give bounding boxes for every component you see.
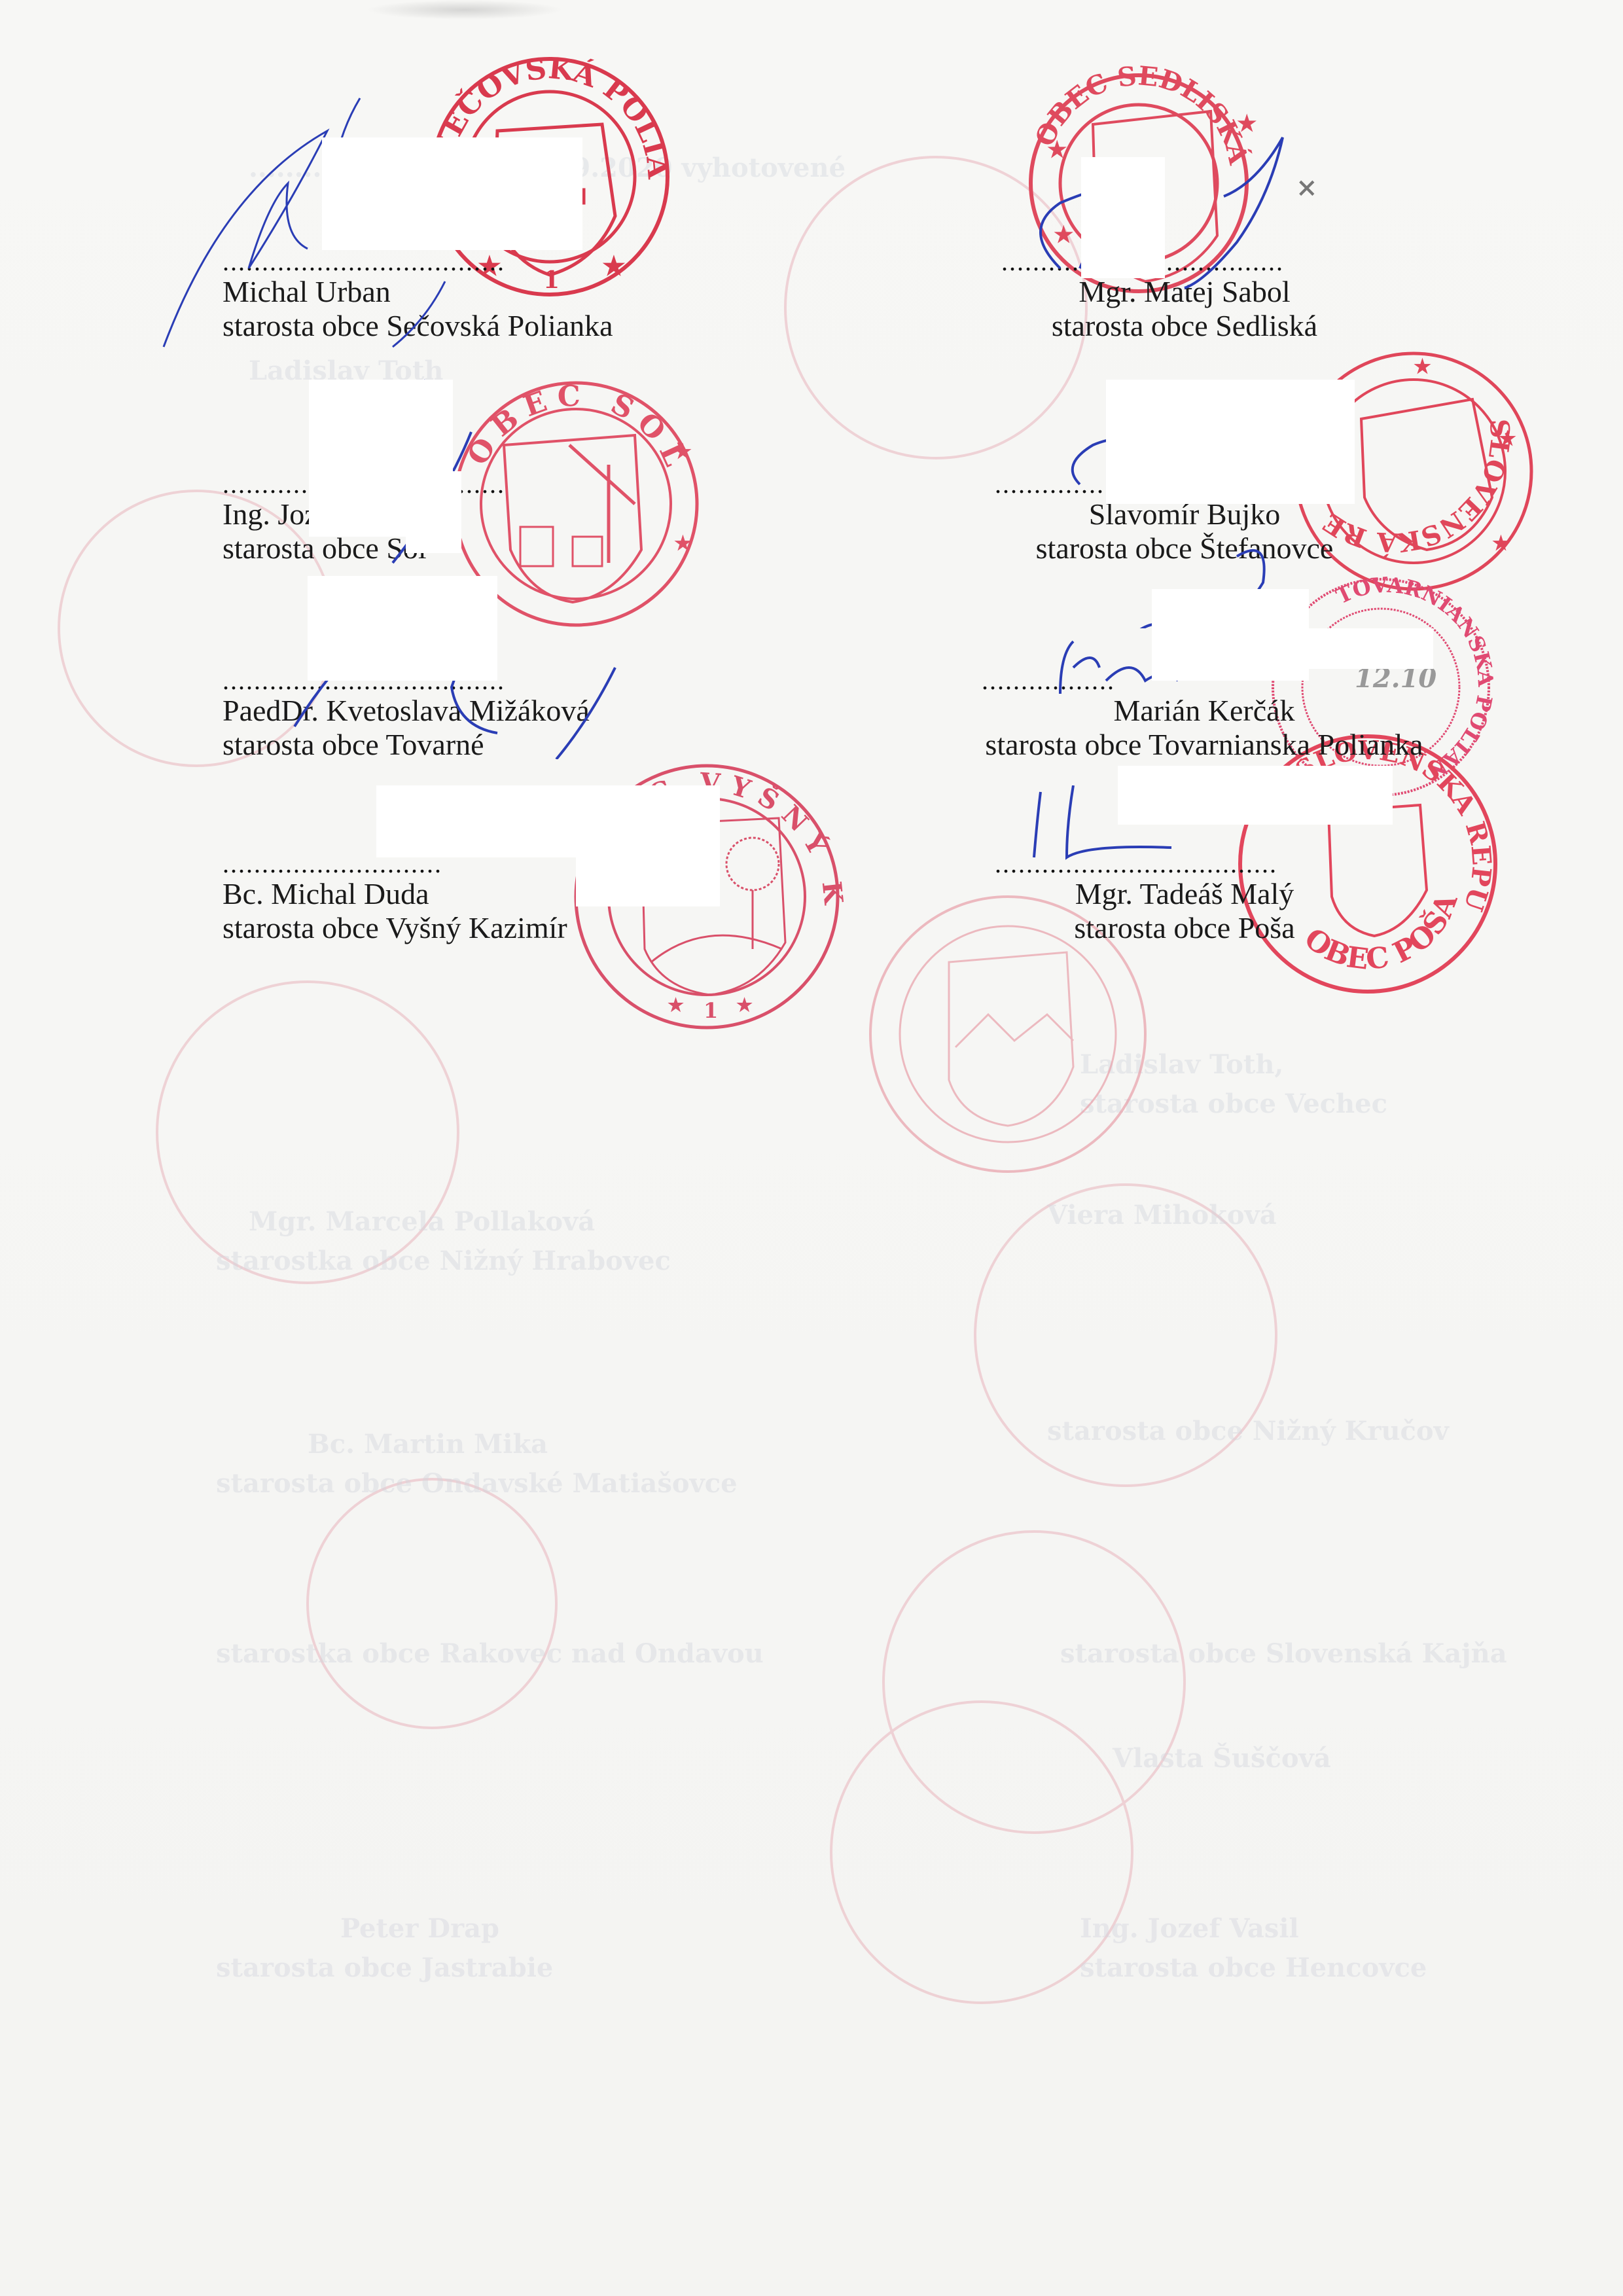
signatory-name: PaedDr. Kvetoslava Mižáková bbox=[223, 694, 590, 728]
svg-text:Peter Drap: Peter Drap bbox=[340, 1913, 499, 1944]
redaction-box bbox=[322, 137, 582, 250]
signatory-name: Bc. Michal Duda bbox=[223, 877, 567, 911]
signatory-role: starosta obce Sedliská bbox=[1001, 309, 1368, 343]
signatory-role: starosta obce Tovarné bbox=[223, 728, 590, 762]
svg-text:★: ★ bbox=[1414, 355, 1431, 378]
svg-text:Ing. Jozef Vasil: Ing. Jozef Vasil bbox=[1080, 1913, 1299, 1944]
signature-line: .................................... bbox=[1001, 249, 1368, 275]
svg-text:starosta obce Nižný Kručov: starosta obce Nižný Kručov bbox=[1047, 1416, 1450, 1446]
signature-line: .................................... bbox=[223, 249, 613, 275]
redaction-box bbox=[1152, 589, 1309, 681]
signatory-kercak: ................. Marián Kerčák starosta… bbox=[962, 668, 1446, 762]
redaction-box bbox=[308, 576, 497, 681]
svg-text:★: ★ bbox=[1237, 111, 1257, 137]
signatory-role: starosta obce Štefanovce bbox=[995, 531, 1374, 565]
signatory-sabol: .................................... Mgr… bbox=[1001, 249, 1368, 343]
svg-text:★: ★ bbox=[1492, 532, 1510, 555]
signatory-name: Mgr. Tadeáš Malý bbox=[995, 877, 1374, 911]
svg-text:starosta obce Hencovce: starosta obce Hencovce bbox=[1080, 1952, 1427, 1983]
signature-line: .................................... bbox=[995, 851, 1374, 877]
signatory-mizakova: .................................... Pae… bbox=[223, 668, 590, 762]
svg-text:★: ★ bbox=[1054, 222, 1073, 248]
svg-text:OBEC SOL: OBEC SOL bbox=[461, 379, 695, 479]
svg-text:starosta obce Ondavské Matiašo: starosta obce Ondavské Matiašovce bbox=[216, 1468, 738, 1499]
redaction-box bbox=[1118, 766, 1393, 825]
svg-text:★: ★ bbox=[668, 994, 684, 1016]
signatory-duda: ............................ Bc. Michal … bbox=[223, 851, 567, 945]
signatory-role: starosta obce Poša bbox=[995, 911, 1374, 945]
signatory-name: Mgr. Matej Sabol bbox=[1001, 275, 1368, 309]
svg-text:Bc. Martin Mika: Bc. Martin Mika bbox=[308, 1429, 548, 1460]
svg-text:starostka obce Rakovec nad Ond: starostka obce Rakovec nad Ondavou bbox=[216, 1638, 764, 1669]
signatory-urban: .................................... Mic… bbox=[223, 249, 613, 343]
signatory-role: starosta obce Tovarnianska Polianka bbox=[962, 728, 1446, 762]
svg-text:starosta obce Slovenská Kajňa: starosta obce Slovenská Kajňa bbox=[1060, 1638, 1507, 1669]
signatory-role: starosta obce Vyšný Kazimír bbox=[223, 911, 567, 945]
svg-text:★: ★ bbox=[674, 440, 692, 463]
signatory-name: Marián Kerčák bbox=[962, 694, 1446, 728]
redaction-box bbox=[1106, 380, 1355, 504]
signatory-role: starosta obce Sečovská Polianka bbox=[223, 309, 613, 343]
svg-text:starosta obce Jastrabie: starosta obce Jastrabie bbox=[216, 1952, 553, 1983]
svg-text:Viera Mihoková: Viera Mihoková bbox=[1046, 1200, 1277, 1230]
svg-text:★: ★ bbox=[1499, 427, 1516, 450]
redaction-box bbox=[406, 471, 461, 553]
svg-text:★: ★ bbox=[674, 532, 692, 555]
signatory-name: Michal Urban bbox=[223, 275, 613, 309]
svg-text:★: ★ bbox=[736, 994, 753, 1016]
redaction-box bbox=[1081, 157, 1165, 278]
redaction-box bbox=[376, 785, 717, 857]
svg-text:starostka obce Nižný Hrabovec: starostka obce Nižný Hrabovec bbox=[216, 1246, 671, 1276]
svg-text:1: 1 bbox=[704, 998, 718, 1023]
svg-text:★: ★ bbox=[1047, 137, 1067, 163]
svg-text:Mgr. Marcela Pollaková: Mgr. Marcela Pollaková bbox=[249, 1206, 595, 1237]
signatory-maly: .................................... Mgr… bbox=[995, 851, 1374, 945]
svg-text:Vlasta Šuščová: Vlasta Šuščová bbox=[1112, 1743, 1331, 1774]
